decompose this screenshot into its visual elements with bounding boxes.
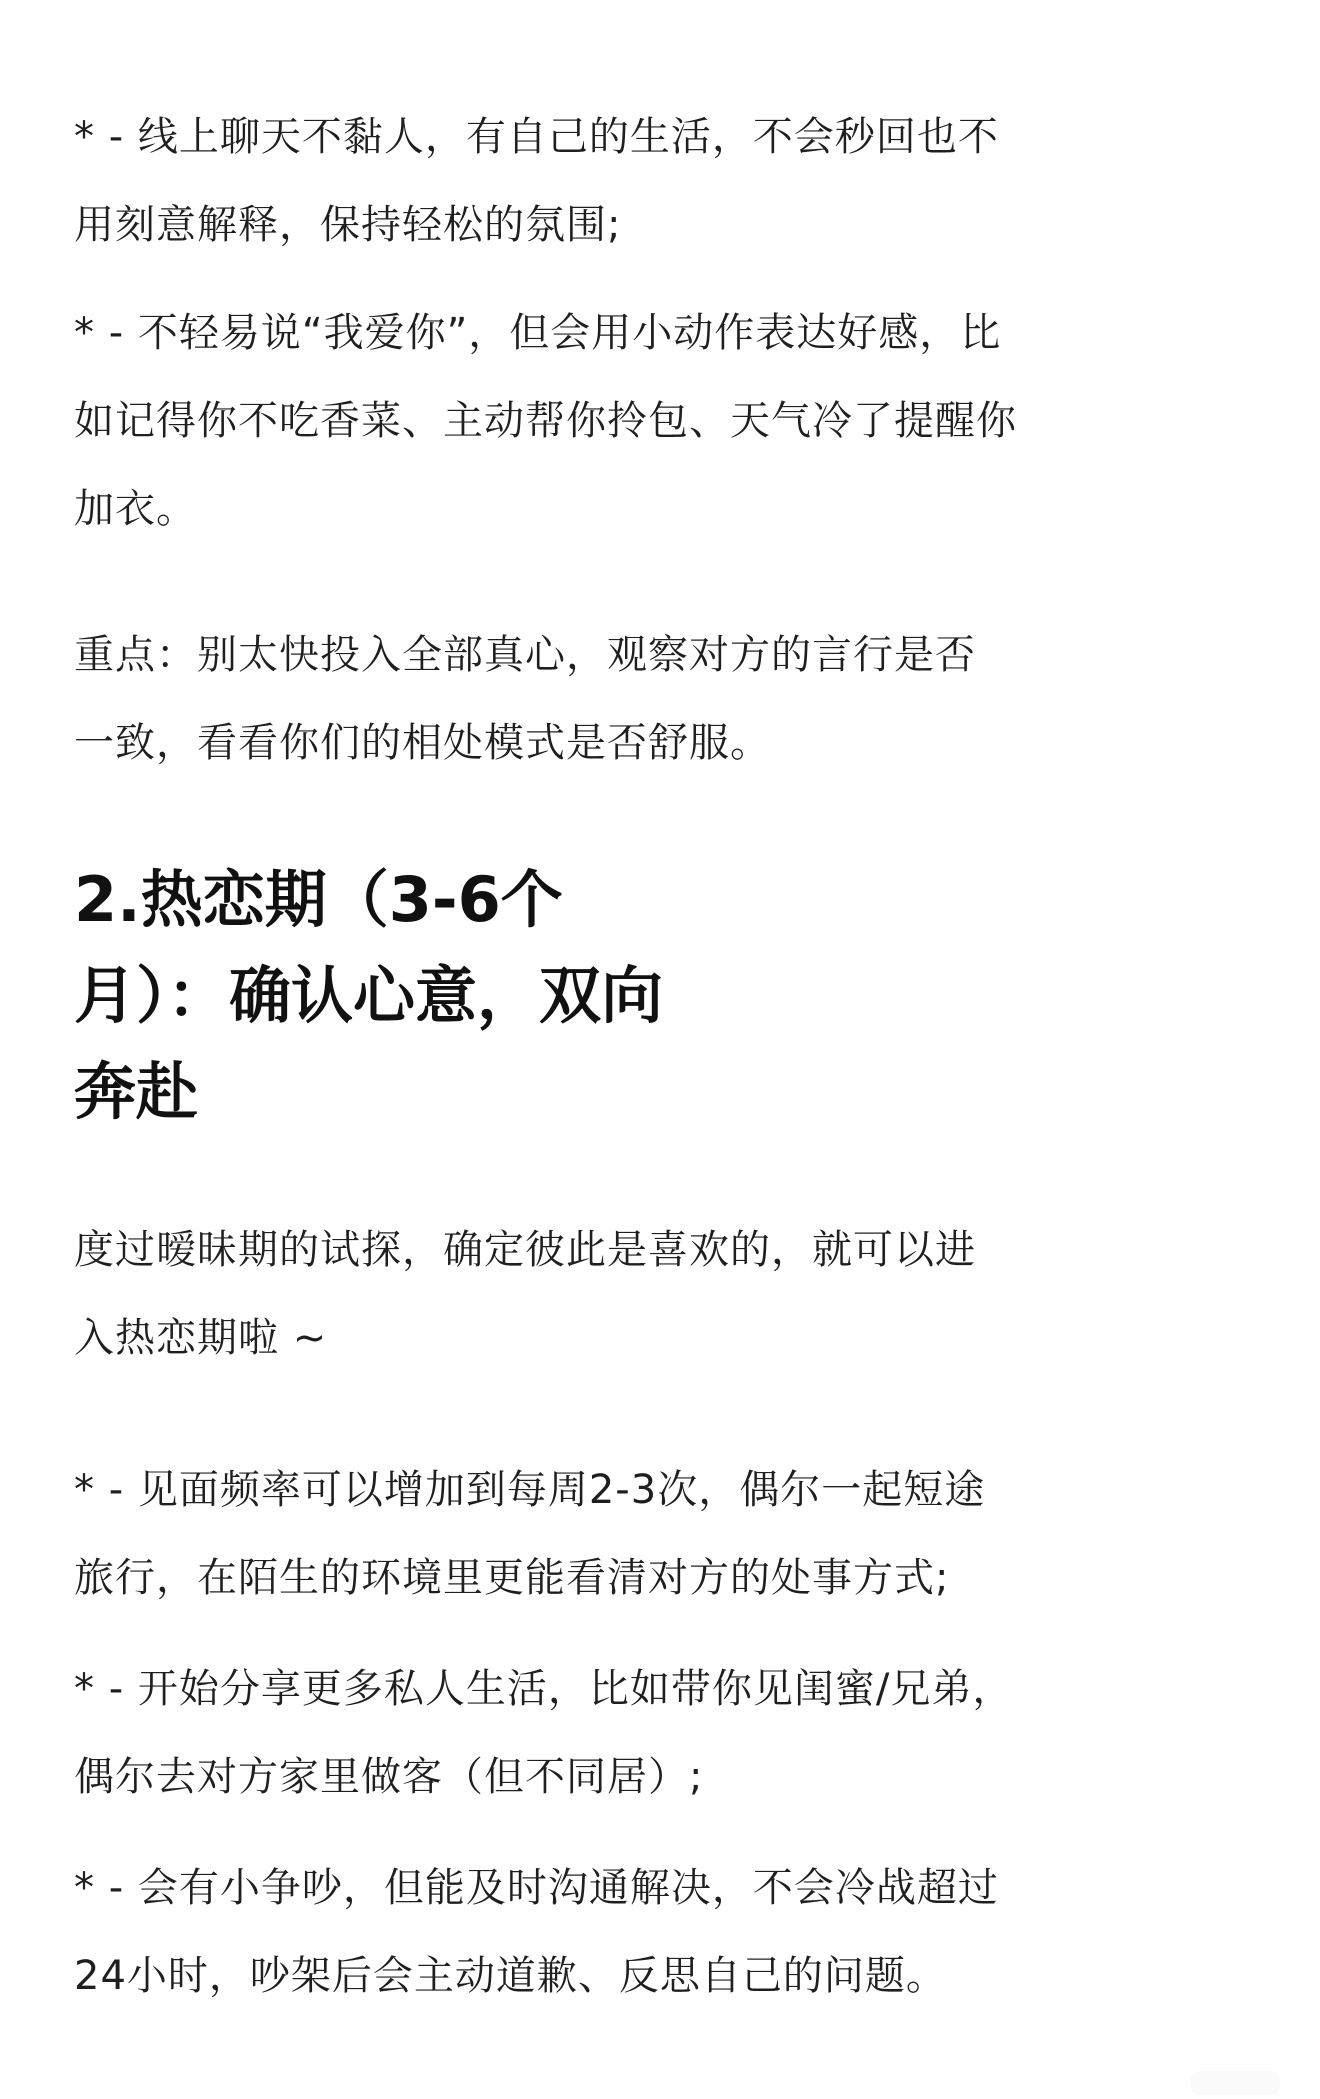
text-line: * - 见面频率可以增加到每周2-3次，偶尔一起短途 [74,1446,1254,1534]
bullet-item: * - 不轻易说“我爱你”，但会用小动作表达好感，比 如记得你不吃香菜、主动帮你… [74,289,1254,553]
text-line: 度过暧昧期的试探，确定彼此是喜欢的，就可以进 [74,1206,1254,1294]
text-line: 入热恋期啦 ~ [74,1294,1254,1382]
text-line: 加衣。 [74,465,1254,553]
section-heading: 2.热恋期（3-6个 月）：确认心意，双向 奔赴 [74,852,974,1140]
text-line: * - 线上聊天不黏人，有自己的生活，不会秒回也不 [74,93,1254,181]
text-line: * - 不轻易说“我爱你”，但会用小动作表达好感，比 [74,289,1254,377]
text-line: 24小时，吵架后会主动道歉、反思自己的问题。 [74,1932,1254,2020]
intro-paragraph: 度过暧昧期的试探，确定彼此是喜欢的，就可以进 入热恋期啦 ~ [74,1206,1254,1382]
text-line: * - 会有小争吵，但能及时沟通解决，不会冷战超过 [74,1844,1254,1932]
text-line: 重点：别太快投入全部真心，观察对方的言行是否 [74,611,1254,699]
heading-line: 月）：确认心意，双向 [74,948,974,1044]
text-line: 用刻意解释，保持轻松的氛围; [74,181,1254,269]
heading-line: 2.热恋期（3-6个 [74,852,974,948]
text-line: 偶尔去对方家里做客（但不同居）; [74,1733,1254,1821]
bullet-item: * - 开始分享更多私人生活，比如带你见闺蜜/兄弟， 偶尔去对方家里做客（但不同… [74,1645,1254,1821]
bullet-item: * - 线上聊天不黏人，有自己的生活，不会秒回也不 用刻意解释，保持轻松的氛围; [74,93,1254,269]
key-point-paragraph: 重点：别太快投入全部真心，观察对方的言行是否 一致，看看你们的相处模式是否舒服。 [74,611,1254,787]
heading-line: 奔赴 [74,1044,974,1140]
text-line: * - 开始分享更多私人生活，比如带你见闺蜜/兄弟， [74,1645,1254,1733]
text-line: 一致，看看你们的相处模式是否舒服。 [74,699,1254,787]
text-line: 旅行，在陌生的环境里更能看清对方的处事方式; [74,1534,1254,1622]
text-line: 如记得你不吃香菜、主动帮你拎包、天气冷了提醒你 [74,377,1254,465]
bullet-item: * - 见面频率可以增加到每周2-3次，偶尔一起短途 旅行，在陌生的环境里更能看… [74,1446,1254,1622]
bullet-item: * - 会有小争吵，但能及时沟通解决，不会冷战超过 24小时，吵架后会主动道歉、… [74,1844,1254,2020]
watermark [1190,2071,1280,2095]
